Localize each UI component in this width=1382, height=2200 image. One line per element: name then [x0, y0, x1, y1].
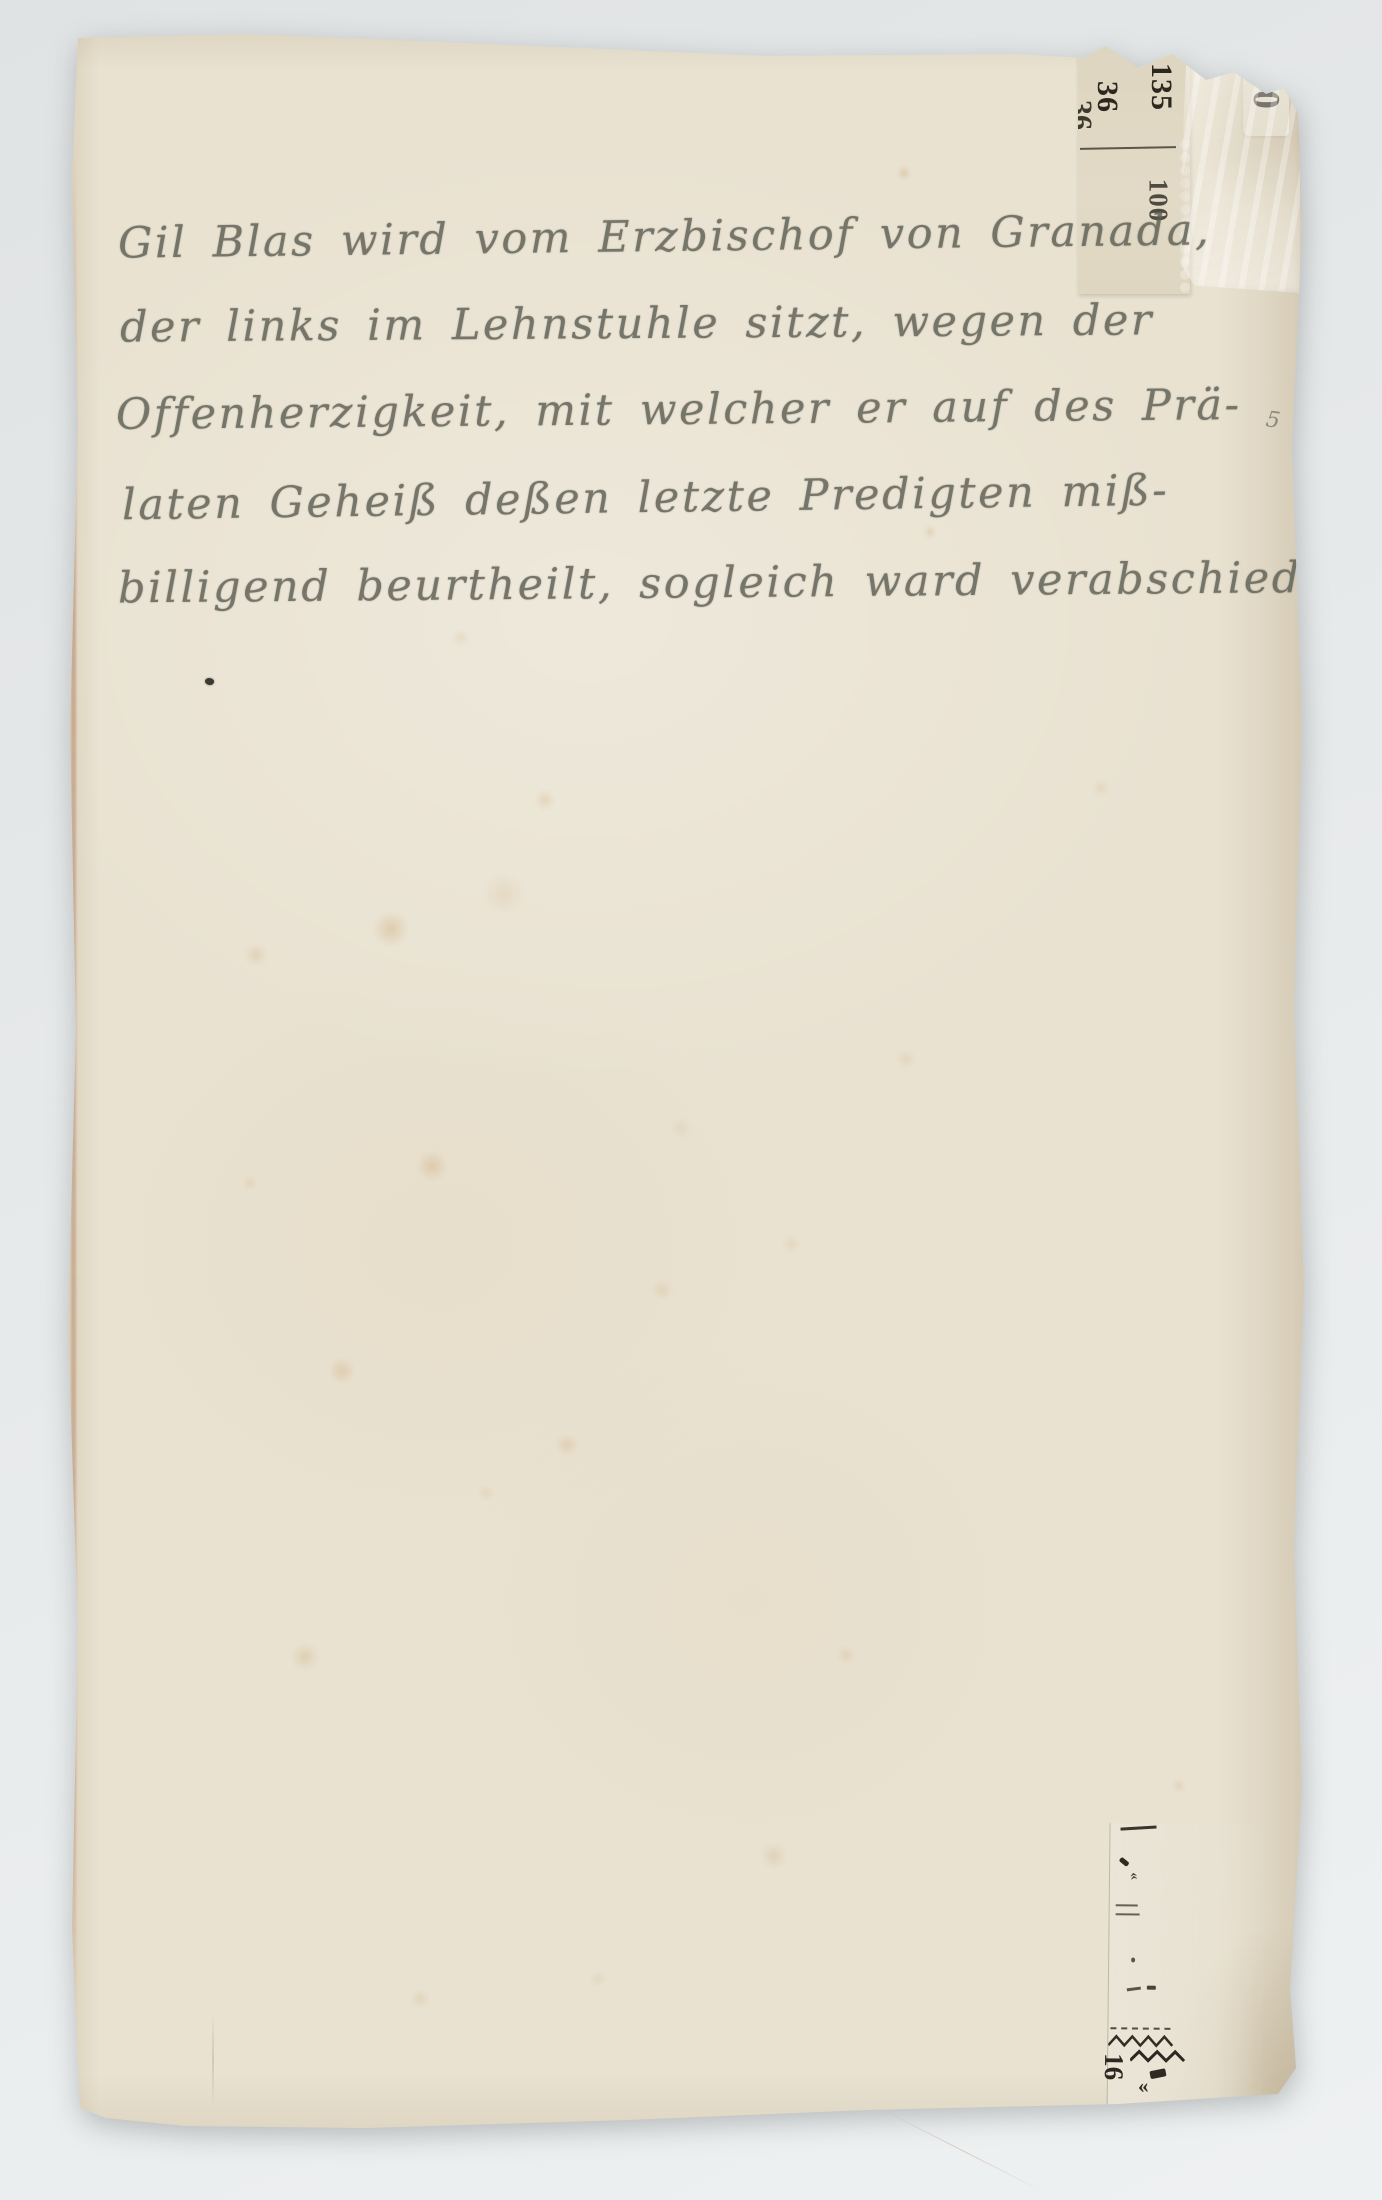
fox-spot — [410, 1990, 430, 2008]
label-edge-number: 36 — [1078, 88, 1098, 142]
handwriting-line: Offenherzigkeit, mit welcher er auf des … — [116, 380, 1242, 440]
strip-ink-mark — [1147, 1986, 1156, 1990]
strip-rotated-number: 16 — [1100, 2037, 1127, 2095]
paper: Gil Blas wird vom Erzbischof von Granada… — [66, 28, 1306, 2128]
paper-crease — [212, 2013, 214, 2108]
handwriting-line: laten Geheiß deßen letzte Predigten miß- — [122, 466, 1170, 531]
fox-spot — [1172, 1780, 1186, 1792]
fox-spot — [554, 1434, 580, 1456]
strip-ink-mark — [1149, 2068, 1166, 2079]
strip-rule — [1120, 1825, 1156, 1830]
strip-dashed-rule — [1110, 2027, 1170, 2030]
paper-left-edge-tint — [71, 148, 76, 2068]
fox-spot — [534, 790, 556, 810]
zigzag-ornament — [1130, 2047, 1192, 2066]
label-number-text: 36 — [1078, 100, 1098, 130]
fox-spot — [896, 1050, 916, 1068]
fox-spot — [650, 1280, 674, 1300]
stray-pencil-mark: 5 — [1264, 407, 1281, 434]
strip-ink-mark — [1131, 1957, 1135, 1962]
fox-spot — [452, 630, 470, 646]
handwriting-line: billigend beurtheilt, sogleich ward vera… — [118, 553, 1366, 614]
paper-shadow-wrap: Gil Blas wird vom Erzbischof von Granada… — [0, 0, 1382, 2200]
ink-fleck — [204, 677, 215, 687]
fox-spot — [482, 874, 526, 914]
strip-guillemet: « — [1137, 2073, 1149, 2099]
strip-rule — [1116, 1913, 1140, 1915]
scan-backdrop: { "handwriting": { "pencil_color": "#5c5… — [0, 0, 1382, 2200]
fox-spot — [590, 1972, 606, 1986]
fox-spot — [782, 1236, 800, 1252]
fox-spot — [1092, 780, 1110, 796]
fox-spot — [836, 1646, 856, 1664]
fox-spot — [478, 1486, 494, 1500]
fox-spot — [328, 1358, 356, 1384]
fox-spot — [242, 1176, 258, 1190]
fox-spot — [290, 1644, 320, 1670]
strip-number-text: 16 — [1097, 2053, 1128, 2080]
fox-spot — [760, 1844, 788, 1868]
strip-rule — [1116, 1904, 1138, 1906]
fox-spot — [416, 1152, 448, 1180]
label-rule — [1080, 146, 1176, 150]
fox-spot — [372, 912, 410, 946]
fox-spot — [670, 1118, 692, 1138]
fox-spot — [244, 944, 268, 966]
label-number-text: 135 — [1144, 63, 1178, 111]
fox-spot — [896, 166, 912, 180]
handwriting-line: Gil Blas wird vom Erzbischof von Granada… — [118, 205, 1212, 268]
fox-spot — [924, 526, 936, 538]
printed-strip-fragment: « 16 « — [1106, 1823, 1262, 2125]
handwriting-line: der links im Lehnstuhle sitzt, wegen der — [120, 295, 1154, 352]
tape-overlay — [1180, 43, 1300, 293]
strip-ink-mark — [1127, 1987, 1141, 1992]
strip-curl-mark: « — [1125, 1871, 1143, 1881]
strip-ink-mark — [1119, 1857, 1130, 1867]
label-number: 135 — [1144, 50, 1178, 124]
